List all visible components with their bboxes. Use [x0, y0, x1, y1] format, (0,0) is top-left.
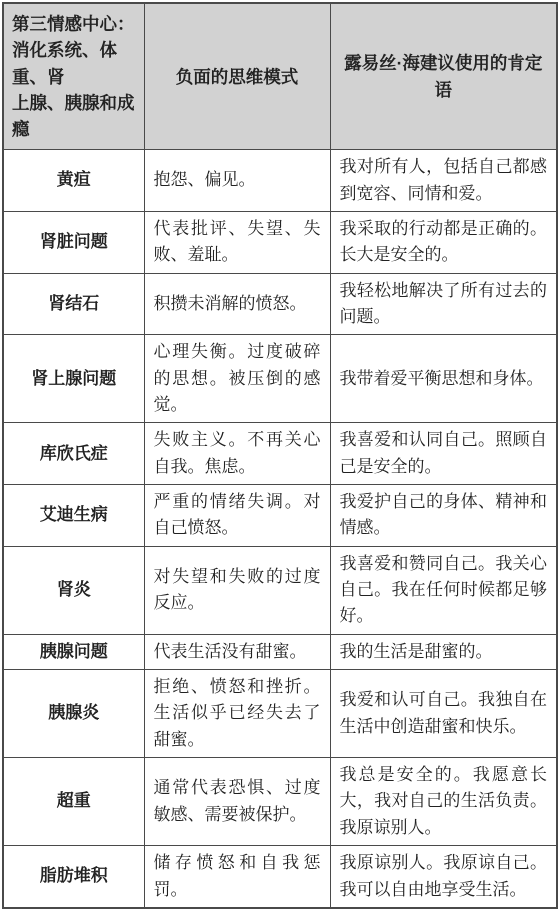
table-row: 肾炎 对失望和失败的过度反应。 我喜爱和赞同自己。我关心自己。我在任何时候都足够… [3, 546, 557, 634]
negative-pattern-cell: 抱怨、偏见。 [144, 150, 330, 212]
condition-name: 黄疸 [3, 150, 144, 212]
condition-name: 肾脏问题 [3, 211, 144, 273]
condition-name: 超重 [3, 758, 144, 846]
header-center-line3: 上腺、胰腺和成瘾 [12, 90, 136, 143]
condition-name: 肾上腺问题 [3, 335, 144, 423]
table-row: 黄疸 抱怨、偏见。 我对所有人，包括自己都感到宽容、同情和爱。 [3, 150, 557, 212]
condition-name: 胰腺炎 [3, 670, 144, 758]
condition-name: 胰腺问题 [3, 634, 144, 669]
condition-name: 肾炎 [3, 546, 144, 634]
affirmation-cell: 我爱和认可自己。我独自在生活中创造甜蜜和快乐。 [330, 670, 557, 758]
header-center-line2: 消化系统、体重、肾 [12, 37, 136, 90]
table-row: 胰腺问题 代表生活没有甜蜜。 我的生活是甜蜜的。 [3, 634, 557, 669]
negative-pattern-cell: 代表批评、失望、失败、羞耻。 [144, 211, 330, 273]
negative-pattern-cell: 失败主义。不再关心自我。焦虑。 [144, 423, 330, 485]
condition-name: 库欣氏症 [3, 423, 144, 485]
header-emotional-center: 第三情感中心： 消化系统、体重、肾 上腺、胰腺和成瘾 [3, 3, 144, 150]
negative-pattern-cell: 严重的情绪失调。对自己愤怒。 [144, 485, 330, 547]
table-row: 艾迪生病 严重的情绪失调。对自己愤怒。 我爱护自己的身体、精神和情感。 [3, 485, 557, 547]
table-row: 肾上腺问题 心理失衡。过度破碎的思想。被压倒的感觉。 我带着爱平衡思想和身体。 [3, 335, 557, 423]
affirmation-cell: 我原谅别人。我原谅自己。我可以自由地享受生活。 [330, 846, 557, 908]
affirmation-cell: 我采取的行动都是正确的。长大是安全的。 [330, 211, 557, 273]
negative-pattern-cell: 拒绝、愤怒和挫折。生活似乎已经失去了甜蜜。 [144, 670, 330, 758]
affirmation-cell: 我轻松地解决了所有过去的问题。 [330, 273, 557, 335]
affirmation-cell: 我总是安全的。我愿意长大，我对自己的生活负责。我原谅别人。 [330, 758, 557, 846]
table-row: 库欣氏症 失败主义。不再关心自我。焦虑。 我喜爱和认同自己。照顾自己是安全的。 [3, 423, 557, 485]
affirmation-cell: 我爱护自己的身体、精神和情感。 [330, 485, 557, 547]
header-row: 第三情感中心： 消化系统、体重、肾 上腺、胰腺和成瘾 负面的思维模式 露易丝·海… [3, 3, 557, 150]
table-row: 胰腺炎 拒绝、愤怒和挫折。生活似乎已经失去了甜蜜。 我爱和认可自己。我独自在生活… [3, 670, 557, 758]
emotional-center-table: 第三情感中心： 消化系统、体重、肾 上腺、胰腺和成瘾 负面的思维模式 露易丝·海… [2, 2, 558, 909]
negative-pattern-cell: 对失望和失败的过度反应。 [144, 546, 330, 634]
header-affirmations: 露易丝·海建议使用的肯定语 [330, 3, 557, 150]
table-row: 脂肪堆积 储存愤怒和自我惩罚。 我原谅别人。我原谅自己。我可以自由地享受生活。 [3, 846, 557, 908]
affirmation-cell: 我的生活是甜蜜的。 [330, 634, 557, 669]
affirmation-cell: 我喜爱和认同自己。照顾自己是安全的。 [330, 423, 557, 485]
table-row: 肾脏问题 代表批评、失望、失败、羞耻。 我采取的行动都是正确的。长大是安全的。 [3, 211, 557, 273]
negative-pattern-cell: 通常代表恐惧、过度敏感、需要被保护。 [144, 758, 330, 846]
condition-name: 脂肪堆积 [3, 846, 144, 908]
affirmation-cell: 我带着爱平衡思想和身体。 [330, 335, 557, 423]
condition-name: 肾结石 [3, 273, 144, 335]
table-row: 肾结石 积攒未消解的愤怒。 我轻松地解决了所有过去的问题。 [3, 273, 557, 335]
negative-pattern-cell: 储存愤怒和自我惩罚。 [144, 846, 330, 908]
condition-name: 艾迪生病 [3, 485, 144, 547]
negative-pattern-cell: 积攒未消解的愤怒。 [144, 273, 330, 335]
affirmation-cell: 我对所有人，包括自己都感到宽容、同情和爱。 [330, 150, 557, 212]
header-negative-patterns: 负面的思维模式 [144, 3, 330, 150]
affirmation-cell: 我喜爱和赞同自己。我关心自己。我在任何时候都足够好。 [330, 546, 557, 634]
negative-pattern-cell: 心理失衡。过度破碎的思想。被压倒的感觉。 [144, 335, 330, 423]
negative-pattern-cell: 代表生活没有甜蜜。 [144, 634, 330, 669]
header-center-line1: 第三情感中心： [12, 11, 136, 37]
